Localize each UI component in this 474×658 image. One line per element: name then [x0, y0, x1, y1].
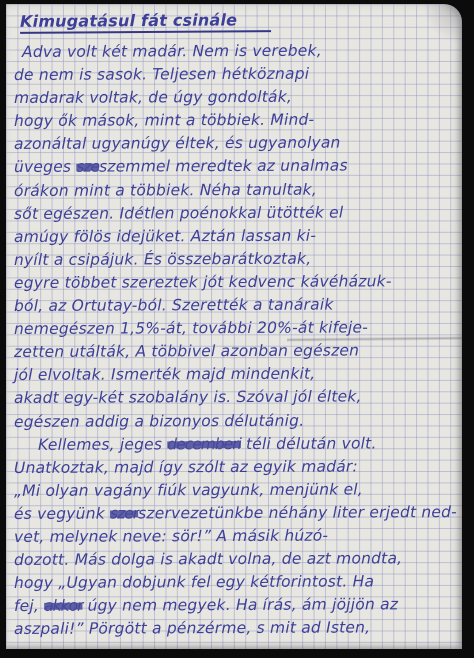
handwritten-text: zetten utálták, A többivel azonban egész…	[14, 342, 359, 362]
handwritten-text: Adva volt két madár. Nem is verebek,	[22, 42, 322, 61]
handwritten-text: nemegészen 1,5%-át, további 20%-át kifej…	[14, 319, 368, 339]
handwritten-line: egészen addig a bizonyos délutánig.	[14, 409, 458, 434]
handwritten-line: vet, melynek neve: sör!” A másik húzó-	[14, 524, 458, 549]
handwritten-text: madarak voltak, de úgy gondolták,	[14, 88, 292, 107]
handwritten-text: „Mi olyan vagány fiúk vagyunk, menjünk e…	[14, 480, 363, 500]
handwritten-line: üveges szeszemmel meredtek az unalmas	[14, 155, 458, 180]
handwritten-line: jól elvoltak. Ismerték majd mindenkit,	[14, 362, 458, 387]
notebook-page: Kimugatásul fát csinále Adva volt két ma…	[6, 4, 462, 649]
crossed-out-word: decemberi	[167, 435, 241, 453]
crossed-out-word: sze	[76, 158, 99, 176]
essay-body: Adva volt két madár. Nem is verebek,de n…	[14, 40, 458, 640]
crossed-out-word: akkor	[44, 597, 82, 615]
handwritten-text: sőt egészen. Idétlen poénokkal ütötték e…	[14, 203, 343, 222]
handwritten-line: madarak voltak, de úgy gondolták,	[14, 85, 458, 110]
handwritten-text: egészen addig a bizonyos délutánig.	[14, 411, 304, 430]
handwritten-line: ból, az Ortutay-ból. Szerették a tanárai…	[14, 293, 458, 318]
handwritten-text: szervezetünkbe néhány liter erjedt ned-	[138, 503, 457, 522]
handwritten-line: Kellemes, jeges decemberi téli délután v…	[38, 432, 458, 457]
handwritten-line: fej, akkor úgy nem megyek. Ha írás, ám j…	[14, 593, 458, 618]
handwritten-text: szemmel meredtek az unalmas	[99, 157, 348, 176]
handwritten-text: téli délután volt.	[241, 434, 377, 453]
handwritten-line: egyre többet szereztek jót kedvenc kávéh…	[14, 270, 458, 295]
handwritten-line: Adva volt két madár. Nem is verebek,	[22, 39, 458, 64]
handwritten-line: hogy „Ugyan dobjunk fel egy kétforintost…	[14, 570, 458, 595]
handwritten-text: üveges	[14, 158, 76, 176]
handwritten-text: úgy nem megyek. Ha írás, ám jöjjön az	[82, 596, 398, 615]
handwritten-text: azonáltal ugyanúgy éltek, és ugyanolyan	[14, 134, 341, 153]
handwritten-line: dozott. Más dolga is akadt volna, de azt…	[14, 547, 458, 572]
handwritten-text: egyre többet szereztek jót kedvenc kávéh…	[14, 272, 392, 292]
handwritten-text: vet, melynek neve: sör!” A másik húzó-	[14, 527, 328, 546]
handwritten-text: hogy ők mások, mint a többiek. Mind-	[14, 111, 314, 130]
handwritten-text: de nem is sasok. Teljesen hétköznapi	[14, 65, 309, 84]
handwritten-line: akadt egy-két szobalány is. Szóval jól é…	[14, 385, 458, 410]
handwritten-text: dozott. Más dolga is akadt volna, de azt…	[14, 549, 402, 569]
essay-title: Kimugatásul fát csinále	[20, 10, 271, 34]
handwritten-line: aszpali!” Pörgött a pénzérme, s mit ad I…	[14, 616, 458, 641]
handwritten-text: aszpali!” Pörgött a pénzérme, s mit ad I…	[14, 619, 370, 639]
crossed-out-word: szer	[110, 504, 138, 522]
handwritten-text: akadt egy-két szobalány is. Szóval jól é…	[14, 388, 362, 408]
handwritten-line: nyílt a csipájuk. És összebarátkoztak,	[14, 247, 458, 272]
handwritten-line: zetten utálták, A többivel azonban egész…	[14, 339, 458, 364]
handwritten-text: Kellemes, jeges	[38, 435, 167, 454]
handwritten-text: és vegyünk	[14, 504, 110, 522]
handwritten-line: és vegyünk szerszervezetünkbe néhány lit…	[14, 501, 458, 526]
handwritten-text: ból, az Ortutay-ból. Szerették a tanárai…	[14, 296, 334, 315]
handwritten-text: amúgy fölös idejüket. Aztán lassan ki-	[14, 226, 316, 245]
handwritten-text: Unatkoztak, majd így szólt az egyik madá…	[14, 457, 358, 477]
handwriting-area: Kimugatásul fát csinále Adva volt két ma…	[14, 8, 458, 649]
handwritten-text: hogy „Ugyan dobjunk fel egy kétforintost…	[14, 573, 374, 593]
handwritten-text: órákon mint a többiek. Néha tanultak,	[14, 180, 317, 199]
handwritten-line: de nem is sasok. Teljesen hétköznapi	[14, 62, 458, 87]
handwritten-line: órákon mint a többiek. Néha tanultak,	[14, 178, 458, 203]
handwritten-line: Unatkoztak, majd így szólt az egyik madá…	[14, 455, 458, 480]
handwritten-text: fej,	[14, 597, 44, 615]
handwritten-line: sőt egészen. Idétlen poénokkal ütötték e…	[14, 201, 458, 226]
handwritten-line: amúgy fölös idejüket. Aztán lassan ki-	[14, 224, 458, 249]
handwritten-text: nyílt a csipájuk. És összebarátkoztak,	[14, 250, 311, 269]
handwritten-line: „Mi olyan vagány fiúk vagyunk, menjünk e…	[14, 478, 458, 503]
handwritten-line: hogy ők mások, mint a többiek. Mind-	[14, 108, 458, 133]
handwritten-line: nemegészen 1,5%-át, további 20%-át kifej…	[14, 316, 458, 341]
handwritten-line: azonáltal ugyanúgy éltek, és ugyanolyan	[14, 131, 458, 156]
handwritten-text: jól elvoltak. Ismerték majd mindenkit,	[14, 365, 315, 384]
